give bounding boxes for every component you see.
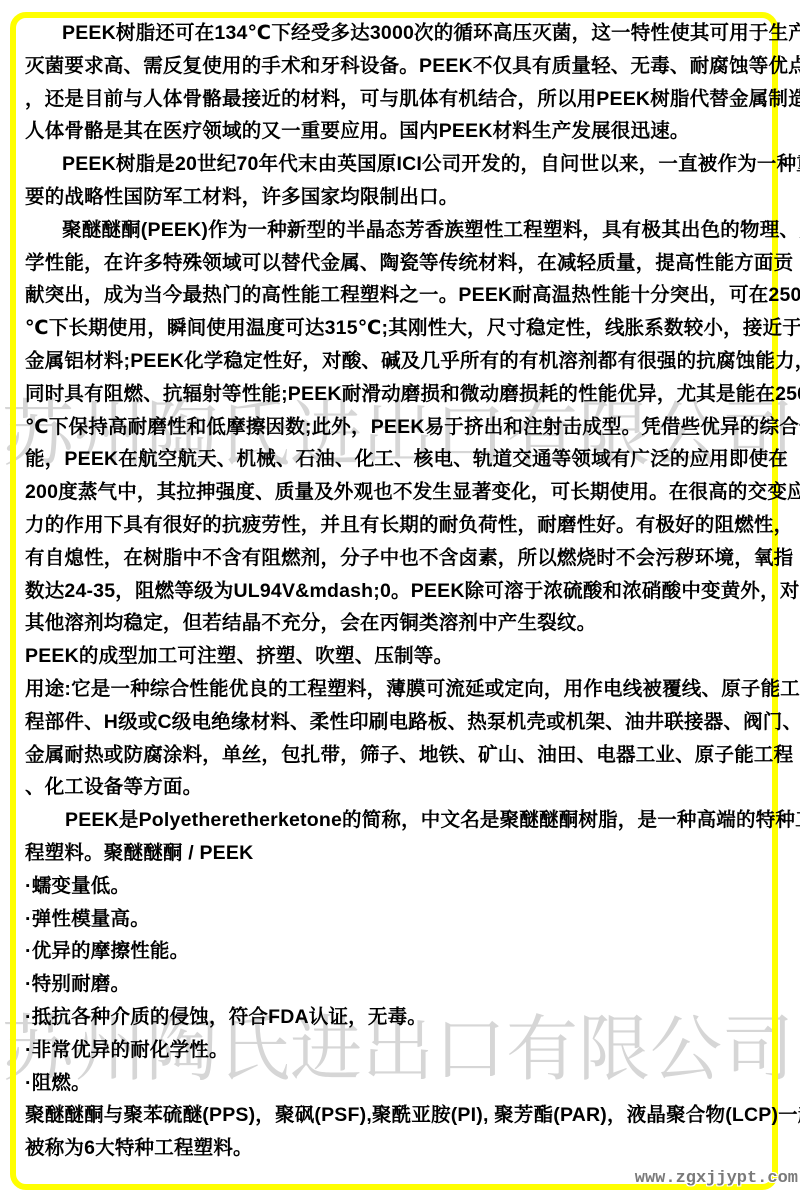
text-line: 程部件、H级或C级电绝缘材料、柔性印刷电路板、热泵机壳或机架、油井联接器、阀门、 xyxy=(25,706,767,739)
text-line: 灭菌要求高、需反复使用的手术和牙科设备。PEEK不仅具有质量轻、无毒、耐腐蚀等优… xyxy=(25,50,767,83)
text-line: ，还是目前与人体骨骼最接近的材料，可与肌体有机结合，所以用PEEK树脂代替金属制… xyxy=(25,83,767,116)
document-body: PEEK树脂还可在134℃下经受多达3000次的循环高压灭菌，这一特性使其可用于… xyxy=(25,17,767,1165)
text-line: 被称为6大特种工程塑料。 xyxy=(25,1132,767,1165)
text-line: ·优异的摩擦性能。 xyxy=(25,935,767,968)
text-line: PEEK的成型加工可注塑、挤塑、吹塑、压制等。 xyxy=(25,640,767,673)
text-line: 聚醚醚酮与聚苯硫醚(PPS)，聚砜(PSF),聚酰亚胺(PI), 聚芳酯(PAR… xyxy=(25,1099,767,1132)
text-line: 、化工设备等方面。 xyxy=(25,771,767,804)
text-line: 程塑料。聚醚醚酮 / PEEK xyxy=(25,837,767,870)
text-line: PEEK树脂还可在134℃下经受多达3000次的循环高压灭菌，这一特性使其可用于… xyxy=(25,17,767,50)
text-line: ·非常优异的耐化学性。 xyxy=(25,1034,767,1067)
text-line: 力的作用下具有很好的抗疲劳性，并且有长期的耐负荷性，耐磨性好。有极好的阻燃性， xyxy=(25,509,767,542)
text-line: PEEK树脂是20世纪70年代末由英国原ICI公司开发的，自问世以来，一直被作为… xyxy=(25,148,767,181)
text-line: 同时具有阻燃、抗辐射等性能;PEEK耐滑动磨损和微动磨损耗的性能优异，尤其是能在… xyxy=(25,378,767,411)
text-line: ·弹性模量高。 xyxy=(25,903,767,936)
text-line: 金属耐热或防腐涂料，单丝，包扎带，筛子、地铁、矿山、油田、电器工业、原子能工程 xyxy=(25,739,767,772)
text-line: 献突出，成为当今最热门的高性能工程塑料之一。PEEK耐高温热性能十分突出，可在2… xyxy=(25,279,767,312)
text-line: 能，PEEK在航空航天、机械、石油、化工、核电、轨道交通等领域有广泛的应用即使在 xyxy=(25,443,767,476)
text-line: 数达24-35，阻燃等级为UL94V&mdash;0。PEEK除可溶于浓硫酸和浓… xyxy=(25,575,767,608)
text-line: ℃下保持高耐磨性和低摩擦因数;此外，PEEK易于挤出和注射击成型。凭借些优异的综… xyxy=(25,411,767,444)
text-line: ·特别耐磨。 xyxy=(25,968,767,1001)
text-line: ·抵抗各种介质的侵蚀，符合FDA认证，无毒。 xyxy=(25,1001,767,1034)
text-line: 学性能，在许多特殊领域可以替代金属、陶瓷等传统材料，在减轻质量，提高性能方面贡 xyxy=(25,247,767,280)
text-line: 金属铝材料;PEEK化学稳定性好，对酸、碱及几乎所有的有机溶剂都有很强的抗腐蚀能… xyxy=(25,345,767,378)
text-line: 有自熄性，在树脂中不含有阻燃剂，分子中也不含卤素，所以燃烧时不会污秽环境，氧指 xyxy=(25,542,767,575)
text-line: PEEK是Polyetheretherketone的简称，中文名是聚醚醚酮树脂，… xyxy=(25,804,767,837)
text-line: 要的战略性国防军工材料，许多国家均限制出口。 xyxy=(25,181,767,214)
text-line: 200度蒸气中，其拉抻强度、质量及外观也不发生显著变化，可长期使用。在很高的交变… xyxy=(25,476,767,509)
text-line: 聚醚醚酮(PEEK)作为一种新型的半晶态芳香族塑性工程塑料，具有极其出色的物理、… xyxy=(25,214,767,247)
text-line: ·蠕变量低。 xyxy=(25,870,767,903)
text-line: 其他溶剂均稳定，但若结晶不充分，会在丙铜类溶剂中产生裂纹。 xyxy=(25,607,767,640)
text-line: ·阻燃。 xyxy=(25,1067,767,1100)
text-line: 用途:它是一种综合性能优良的工程塑料，薄膜可流延或定向，用作电线被覆线、原子能工 xyxy=(25,673,767,706)
footer-url: www.zgxjjypt.com xyxy=(635,1169,798,1188)
document-page: 苏州陶氏进出口有限公司 苏州陶氏进出口有限公司 PEEK树脂还可在134℃下经受… xyxy=(0,0,800,1200)
text-line: ℃下长期使用，瞬间使用温度可达315℃;其刚性大，尺寸稳定性，线胀系数较小，接近… xyxy=(25,312,767,345)
text-line: 人体骨骼是其在医疗领域的又一重要应用。国内PEEK材料生产发展很迅速。 xyxy=(25,115,767,148)
